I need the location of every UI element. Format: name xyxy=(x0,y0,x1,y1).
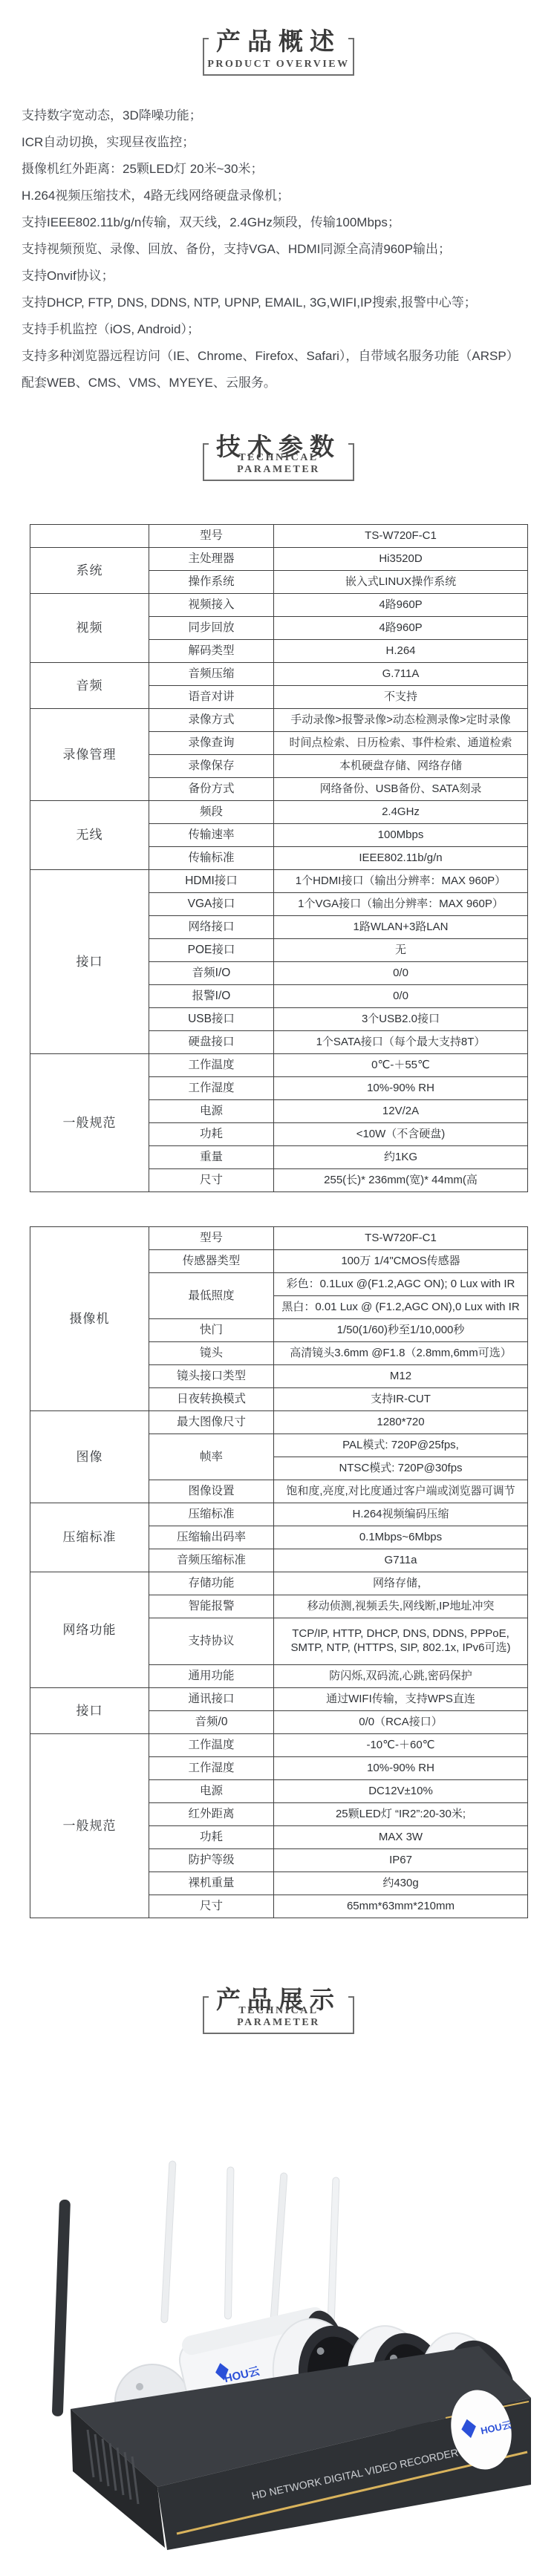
feature-line: ICR自动切换，实现昼夜监控； xyxy=(22,129,557,156)
spec-value-cell: 1/50(1/60)秒至1/10,000秒 xyxy=(274,1319,528,1342)
spec-value-cell: 100万 1/4"CMOS传感器 xyxy=(274,1250,528,1273)
feature-line: 支持视频预览、录像、回放、备份，支持VGA、HDMI同源全高清960P输出； xyxy=(22,236,557,263)
spec-value-cell: 4路960P xyxy=(274,594,528,617)
spec-row: 无线频段2.4GHz xyxy=(30,801,528,824)
spec-value-cell: TS-W720F-C1 xyxy=(274,1227,528,1250)
feature-line: 支持多种浏览器远程访问（IE、Chrome、Firefox、Safari），自带… xyxy=(22,343,557,370)
feature-line: 支持IEEE802.11b/g/n传输，双天线，2.4GHz频段，传输100Mb… xyxy=(22,209,557,236)
spec-label-cell: 重量 xyxy=(149,1146,274,1169)
spec-group-cell: 接口 xyxy=(30,870,149,1054)
spec-value-cell: G.711A xyxy=(274,663,528,686)
spec-label-cell: 网络接口 xyxy=(149,916,274,939)
spec-label-cell: 传输标准 xyxy=(149,847,274,870)
spec-value-cell: 12V/2A xyxy=(274,1100,528,1123)
spec-row: 音频音频压缩G.711A xyxy=(30,663,528,686)
section-subtitle: PRODUCT OVERVIEW xyxy=(204,59,353,71)
spec-row: 视频视频接入4路960P xyxy=(30,594,528,617)
spec-value-cell: <10W（不含硬盘) xyxy=(274,1123,528,1146)
spec-label-cell: 最大图像尺寸 xyxy=(149,1411,274,1434)
nvr-spec-table-container: 型号TS-W720F-C1系统主处理器Hi3520D操作系统嵌入式LINUX操作… xyxy=(30,524,527,1192)
spec-value-cell: 0/0 xyxy=(274,985,528,1008)
spec-label-cell: 快门 xyxy=(149,1319,274,1342)
spec-group-cell: 压缩标准 xyxy=(30,1503,149,1572)
spec-label-cell: 电源 xyxy=(149,1780,274,1803)
spec-value-cell: 网络存储， xyxy=(274,1572,528,1595)
spec-label-cell: 频段 xyxy=(149,801,274,824)
spec-value-cell: 网络备份、USB备份、SATA刻录 xyxy=(274,778,528,801)
spec-value-cell: 2.4GHz xyxy=(274,801,528,824)
spec-table: 摄像机型号TS-W720F-C1传感器类型100万 1/4"CMOS传感器最低照… xyxy=(30,1226,528,1918)
spec-value-cell: 饱和度,亮度,对比度通过客户端或浏览器可调节 xyxy=(274,1480,528,1503)
spec-group-cell: 音频 xyxy=(30,663,149,709)
section-title: 产品概述 xyxy=(209,22,348,57)
spec-value-cell: 10%-90% RH xyxy=(274,1077,528,1100)
section-header-box: 产品展示 TECHNICAL PARAMETER xyxy=(203,1996,354,2034)
spec-label-cell: 音频I/O xyxy=(149,962,274,985)
spec-value-cell: 时间点检索、日历检索、事件检索、通道检索 xyxy=(274,732,528,755)
spec-label-cell: 工作温度 xyxy=(149,1734,274,1757)
spec-value-cell: 不支持 xyxy=(274,686,528,709)
spec-label-cell: 工作湿度 xyxy=(149,1077,274,1100)
spec-label-cell: 压缩输出码率 xyxy=(149,1526,274,1549)
spec-value-cell: 约430g xyxy=(274,1872,528,1895)
spec-group-cell: 无线 xyxy=(30,801,149,870)
spec-value-cell: 移动侦测,视频丢失,网线断,IP地址冲突 xyxy=(274,1595,528,1618)
spec-value-cell: 嵌入式LINUX操作系统 xyxy=(274,571,528,594)
spec-label-cell: 存储功能 xyxy=(149,1572,274,1595)
spec-label-cell: 尺寸 xyxy=(149,1169,274,1192)
spec-value-cell: IEEE802.11b/g/n xyxy=(274,847,528,870)
spec-label-cell: 图像设置 xyxy=(149,1480,274,1503)
spec-label-cell: 功耗 xyxy=(149,1826,274,1849)
spec-value-cell: H.264视频编码压缩 xyxy=(274,1503,528,1526)
spec-value-cell: -10℃-＋60℃ xyxy=(274,1734,528,1757)
spec-value-cell: 黑白：0.01 Lux @ (F1.2,AGC ON),0 Lux with I… xyxy=(274,1296,528,1319)
spec-label-cell: 语音对讲 xyxy=(149,686,274,709)
spec-label-cell: 报警I/O xyxy=(149,985,274,1008)
spec-value-cell: 手动录像>报警录像>动态检测录像>定时录像 xyxy=(274,709,528,732)
spec-label-cell: 日夜转换模式 xyxy=(149,1388,274,1411)
spec-value-cell: 0.1Mbps~6Mbps xyxy=(274,1526,528,1549)
spec-row: 接口HDMI接口1个HDMI接口（输出分辨率：MAX 960P） xyxy=(30,870,528,893)
spec-value-cell: IP67 xyxy=(274,1849,528,1872)
feature-line: 支持手机监控（iOS, Android）； xyxy=(22,316,557,343)
spec-value-cell: 65mm*63mm*210mm xyxy=(274,1895,528,1918)
spec-value-cell: 1个VGA接口（输出分辨率：MAX 960P） xyxy=(274,893,528,916)
spec-label-cell: 音频压缩标准 xyxy=(149,1549,274,1572)
spec-row: 一般规范工作温度0℃-＋55℃ xyxy=(30,1054,528,1077)
spec-label-cell: 尺寸 xyxy=(149,1895,274,1918)
spec-label-cell: 镜头接口类型 xyxy=(149,1365,274,1388)
spec-value-cell: H.264 xyxy=(274,640,528,663)
spec-label-cell: POE接口 xyxy=(149,939,274,962)
spec-group-cell: 系统 xyxy=(30,548,149,594)
spec-value-cell: 0℃-＋55℃ xyxy=(274,1054,528,1077)
product-photo-illustration: HOU云 xyxy=(0,2157,557,2550)
spec-label-cell: 最低照度 xyxy=(149,1273,274,1319)
spec-label-cell: 帧率 xyxy=(149,1434,274,1480)
spec-label-cell: 传感器类型 xyxy=(149,1250,274,1273)
section-header-overview: 产品概述 PRODUCT OVERVIEW xyxy=(0,21,557,76)
spec-value-cell: 无 xyxy=(274,939,528,962)
spec-label-cell: 功耗 xyxy=(149,1123,274,1146)
spec-label-cell: 录像查询 xyxy=(149,732,274,755)
spec-row: 网络功能存储功能网络存储， xyxy=(30,1572,528,1595)
spec-group-cell: 一般规范 xyxy=(30,1054,149,1192)
spec-value-cell: G711a xyxy=(274,1549,528,1572)
spec-label-cell: 防护等级 xyxy=(149,1849,274,1872)
spec-value-cell: 0/0 xyxy=(274,962,528,985)
spec-row: 型号TS-W720F-C1 xyxy=(30,525,528,548)
spec-value-cell: 本机硬盘存储、网络存储 xyxy=(274,755,528,778)
section-header-box: 产品概述 PRODUCT OVERVIEW xyxy=(203,38,354,76)
spec-label-cell: 音频压缩 xyxy=(149,663,274,686)
spec-value-cell: DC12V±10% xyxy=(274,1780,528,1803)
spec-value-cell: 约1KG xyxy=(274,1146,528,1169)
spec-label-cell: HDMI接口 xyxy=(149,870,274,893)
feature-line: 支持数字宽动态，3D降噪功能； xyxy=(22,102,557,129)
spec-group-cell: 接口 xyxy=(30,1688,149,1734)
spec-value-cell: 彩色：0.1Lux @(F1.2,AGC ON); 0 Lux with IR xyxy=(274,1273,528,1296)
spec-label-cell: 主处理器 xyxy=(149,548,274,571)
spec-row: 一般规范工作温度-10℃-＋60℃ xyxy=(30,1734,528,1757)
spec-value-cell: 255(长)* 236mm(宽)* 44mm(高 xyxy=(274,1169,528,1192)
spec-label-cell: 传输速率 xyxy=(149,824,274,847)
spec-label-cell: 工作温度 xyxy=(149,1054,274,1077)
feature-line: 支持Onvif协议； xyxy=(22,263,557,290)
spec-value-cell: 10%-90% RH xyxy=(274,1757,528,1780)
spec-row: 压缩标准压缩标准H.264视频编码压缩 xyxy=(30,1503,528,1526)
spec-value-cell: PAL模式: 720P@25fps, xyxy=(274,1434,528,1457)
spec-row: 接口通讯接口通过WIFI传输，支持WPS直连 xyxy=(30,1688,528,1711)
spec-label-cell: 型号 xyxy=(149,1227,274,1250)
spec-value-cell: 1个SATA接口（每个最大支持8T） xyxy=(274,1031,528,1054)
spec-group-cell: 摄像机 xyxy=(30,1227,149,1411)
spec-row: 摄像机型号TS-W720F-C1 xyxy=(30,1227,528,1250)
spec-label-cell: VGA接口 xyxy=(149,893,274,916)
spec-value-cell: 0/0（RCA接口） xyxy=(274,1711,528,1734)
spec-group-cell: 录像管理 xyxy=(30,709,149,801)
spec-label-cell: 通用功能 xyxy=(149,1665,274,1688)
spec-row: 图像最大图像尺寸1280*720 xyxy=(30,1411,528,1434)
spec-value-cell: 100Mbps xyxy=(274,824,528,847)
spec-label-cell: 视频接入 xyxy=(149,594,274,617)
spec-group-cell: 一般规范 xyxy=(30,1734,149,1918)
spec-label-cell: 通讯接口 xyxy=(149,1688,274,1711)
spec-group-cell: 视频 xyxy=(30,594,149,663)
spec-table: 型号TS-W720F-C1系统主处理器Hi3520D操作系统嵌入式LINUX操作… xyxy=(30,524,528,1192)
spec-value-cell: 高清镜头3.6mm @F1.8（2.8mm,6mm可选） xyxy=(274,1342,528,1365)
spec-group-cell: 网络功能 xyxy=(30,1572,149,1688)
spec-label-cell: 硬盘接口 xyxy=(149,1031,274,1054)
camera-spec-table-container: 摄像机型号TS-W720F-C1传感器类型100万 1/4"CMOS传感器最低照… xyxy=(30,1226,527,1918)
spec-label-cell: 压缩标准 xyxy=(149,1503,274,1526)
spec-label-cell: USB接口 xyxy=(149,1008,274,1031)
spec-value-cell: M12 xyxy=(274,1365,528,1388)
spec-value-cell: 通过WIFI传输，支持WPS直连 xyxy=(274,1688,528,1711)
spec-label-cell: 备份方式 xyxy=(149,778,274,801)
spec-value-cell: 1个HDMI接口（输出分辨率：MAX 960P） xyxy=(274,870,528,893)
feature-list: 支持数字宽动态，3D降噪功能； ICR自动切换，实现昼夜监控； 摄像机红外距离：… xyxy=(0,102,557,396)
spec-value-cell: 1280*720 xyxy=(274,1411,528,1434)
spec-label-cell: 镜头 xyxy=(149,1342,274,1365)
nvr-antenna xyxy=(52,2200,71,2416)
product-photo: HOU云 xyxy=(0,2157,557,2554)
spec-label-cell: 裸机重量 xyxy=(149,1872,274,1895)
spec-value-cell: 防闪烁,双码流,心跳,密码保护 xyxy=(274,1665,528,1688)
spec-value-cell: 4路960P xyxy=(274,617,528,640)
spec-label-cell: 工作湿度 xyxy=(149,1757,274,1780)
spec-label-cell: 智能报警 xyxy=(149,1595,274,1618)
feature-line: 配套WEB、CMS、VMS、MYEYE、云服务。 xyxy=(22,370,557,396)
spec-label-cell: 电源 xyxy=(149,1100,274,1123)
section-header-showcase: 产品展示 TECHNICAL PARAMETER xyxy=(0,1979,557,2034)
section-subtitle: TECHNICAL PARAMETER xyxy=(204,452,353,476)
spec-label-cell: 同步回放 xyxy=(149,617,274,640)
spec-value-cell: 25颗LED灯 “IR2”:20-30米; xyxy=(274,1803,528,1826)
spec-value-cell: 1路WLAN+3路LAN xyxy=(274,916,528,939)
feature-line: 摄像机红外距离：25颗LED灯 20米~30米； xyxy=(22,156,557,183)
spec-value-cell: TS-W720F-C1 xyxy=(274,525,528,548)
spec-row: 录像管理录像方式手动录像>报警录像>动态检测录像>定时录像 xyxy=(30,709,528,732)
spec-label-cell: 解码类型 xyxy=(149,640,274,663)
spec-group-cell: 图像 xyxy=(30,1411,149,1503)
spec-value-cell: MAX 3W xyxy=(274,1826,528,1849)
spec-value-cell: TCP/IP, HTTP, DHCP, DNS, DDNS, PPPoE, SM… xyxy=(274,1618,528,1665)
spec-label-cell: 音频/0 xyxy=(149,1711,274,1734)
spec-value-cell: NTSC模式: 720P@30fps xyxy=(274,1457,528,1480)
spec-value-cell: 支持IR-CUT xyxy=(274,1388,528,1411)
spec-value-cell: Hi3520D xyxy=(274,548,528,571)
spec-row: 系统主处理器Hi3520D xyxy=(30,548,528,571)
section-subtitle: TECHNICAL PARAMETER xyxy=(204,2005,353,2029)
spec-label-cell: 型号 xyxy=(149,525,274,548)
feature-line: H.264视频压缩技术，4路无线网络硬盘录像机； xyxy=(22,183,557,209)
spec-label-cell: 录像保存 xyxy=(149,755,274,778)
section-header-tech: 技术参数 TECHNICAL PARAMETER xyxy=(0,426,557,481)
camera-antennas xyxy=(161,2161,339,2323)
spec-group-cell xyxy=(30,525,149,548)
section-header-box: 技术参数 TECHNICAL PARAMETER xyxy=(203,443,354,481)
feature-line: 支持DHCP, FTP, DNS, DDNS, NTP, UPNP, EMAIL… xyxy=(22,290,557,316)
spec-label-cell: 红外距离 xyxy=(149,1803,274,1826)
spec-label-cell: 操作系统 xyxy=(149,571,274,594)
spec-label-cell: 录像方式 xyxy=(149,709,274,732)
spec-value-cell: 3个USB2.0接口 xyxy=(274,1008,528,1031)
spec-label-cell: 支持协议 xyxy=(149,1618,274,1665)
